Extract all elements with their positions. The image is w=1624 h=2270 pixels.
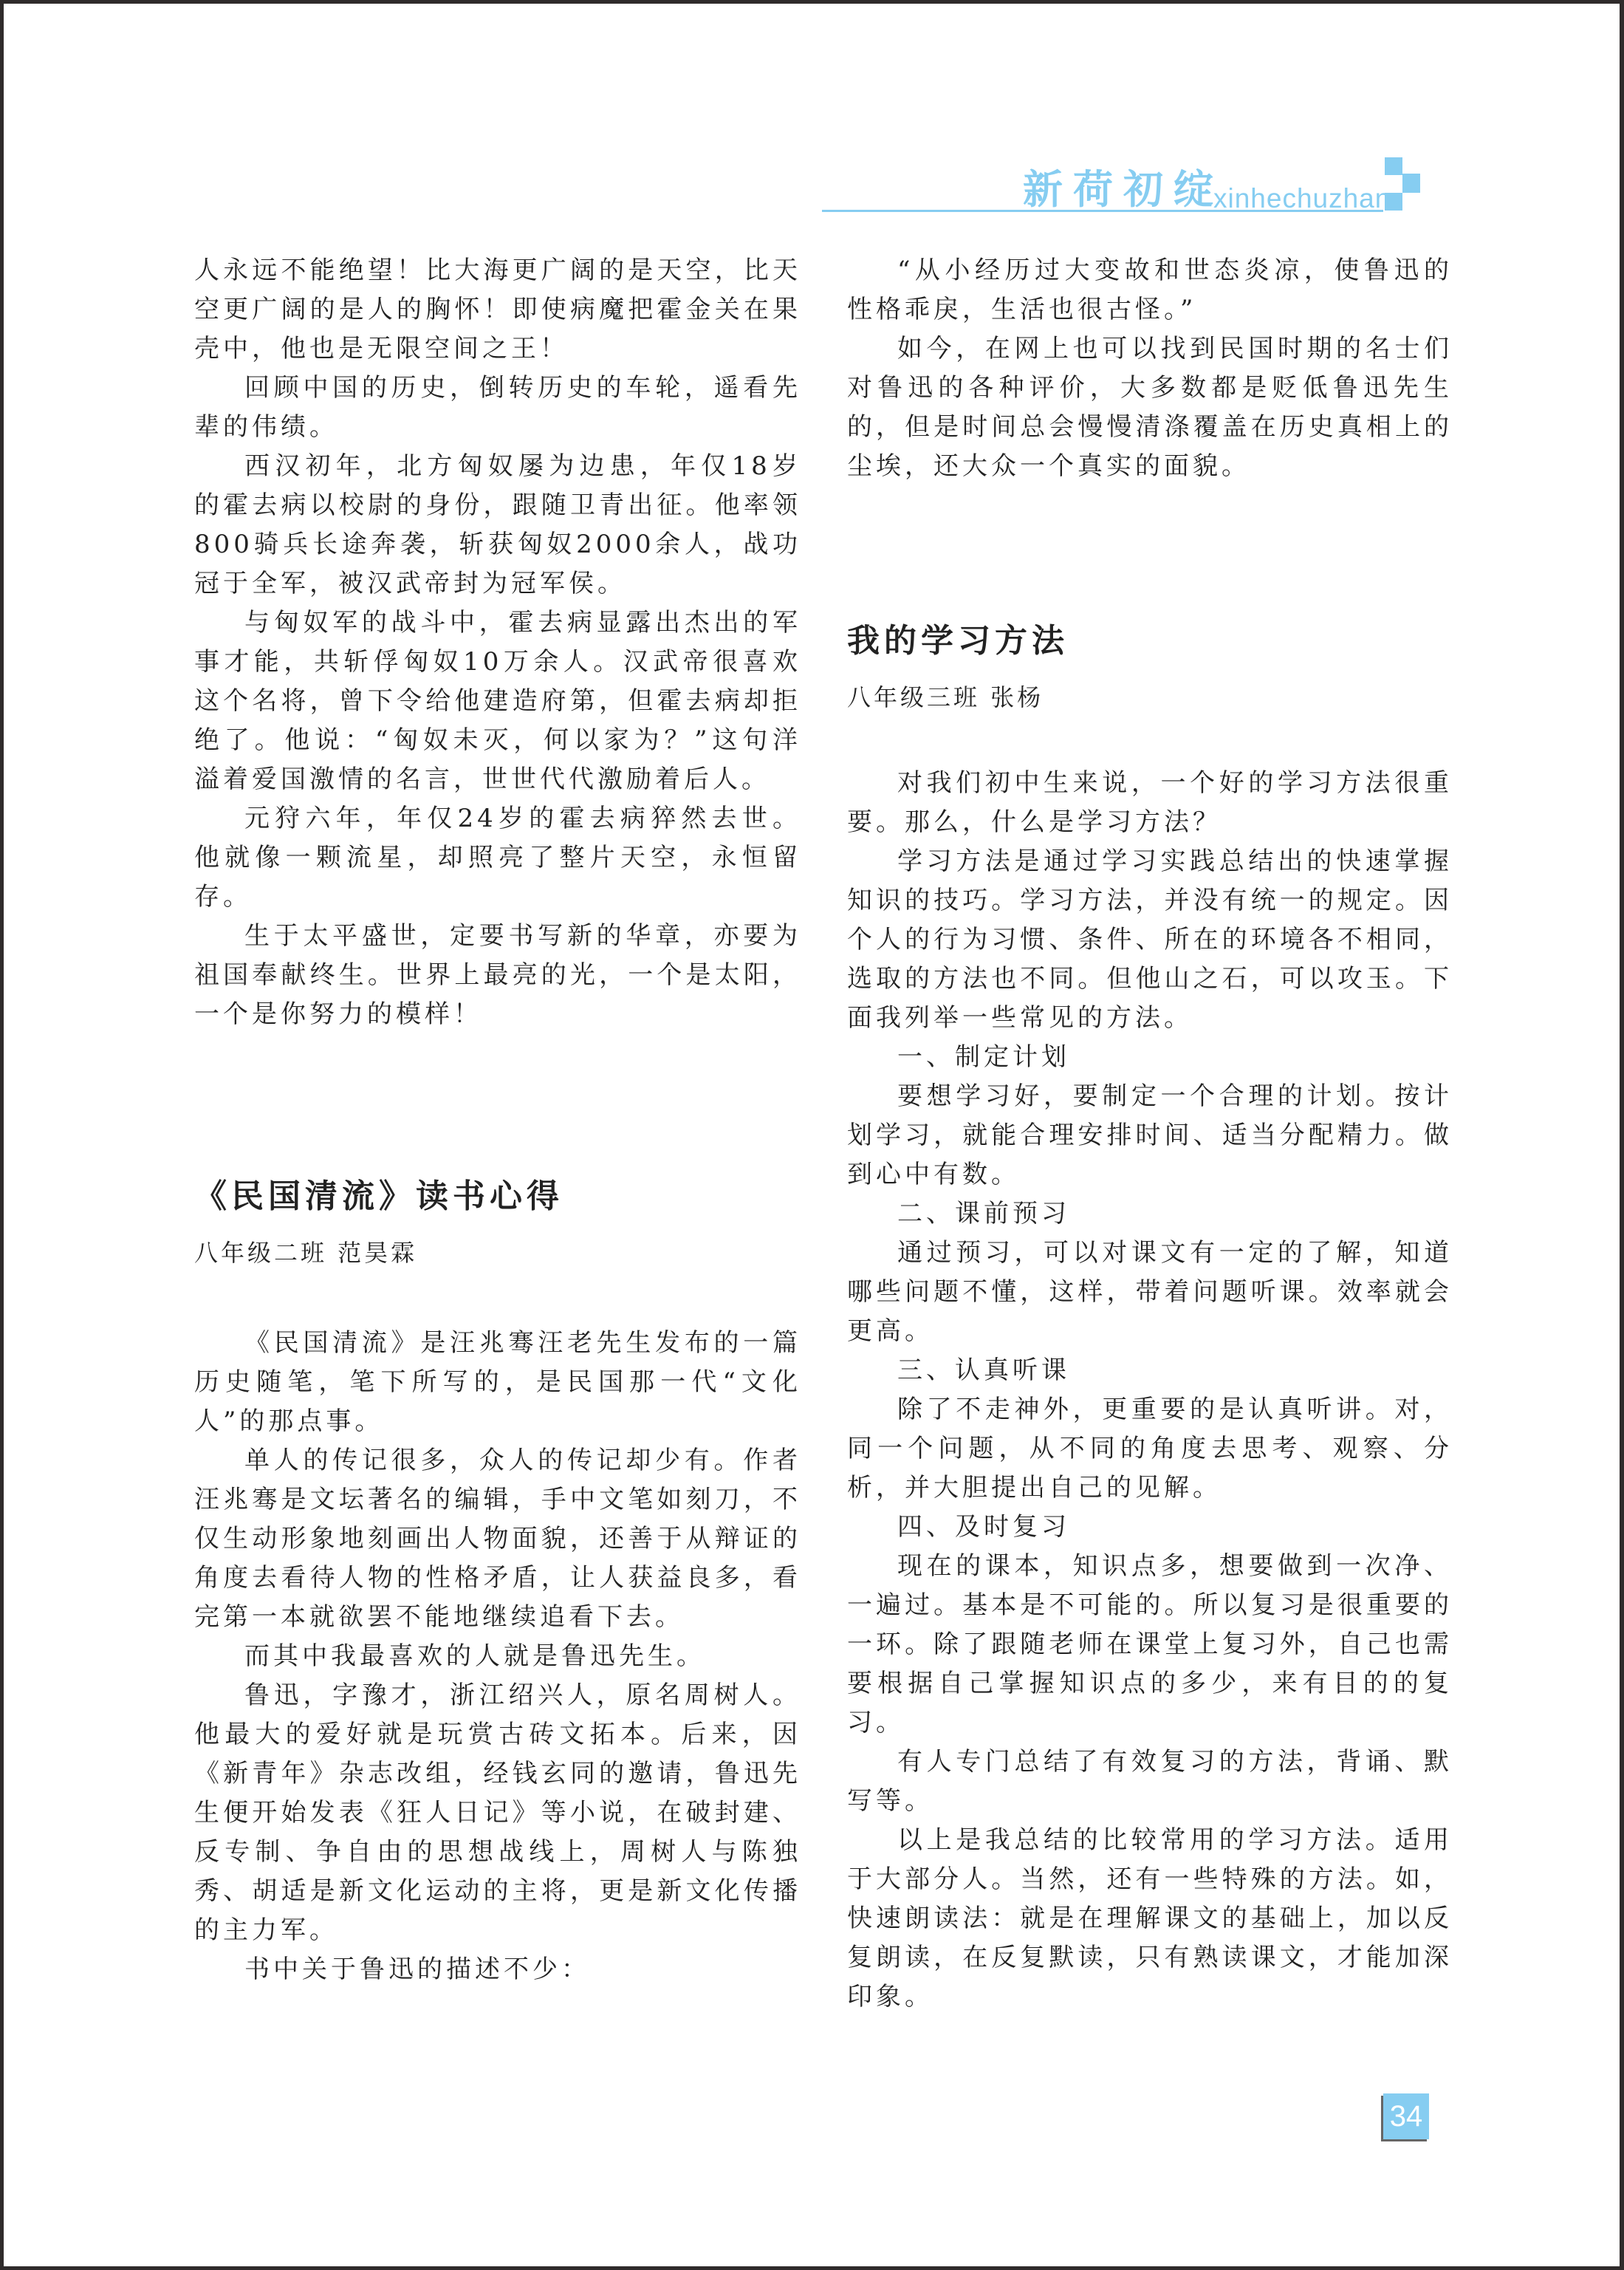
paragraph: 单人的传记很多，众人的传记却少有。作者汪兆骞是文坛著名的编辑，手中文笔如刻刀，不… xyxy=(194,1441,801,1637)
paragraph: 如今，在网上也可以找到民国时期的名士们对鲁迅的各种评价，大多数都是贬低鲁迅先生的… xyxy=(847,329,1453,486)
section-heading: 一、制定计划 xyxy=(847,1038,1453,1077)
article-author: 八年级三班 张杨 xyxy=(847,683,1453,712)
paragraph: 除了不走神外，更重要的是认真听讲。对，同一个问题，从不同的角度去思考、观察、分析… xyxy=(847,1390,1453,1508)
paragraph: 有人专门总结了有效复习的方法，背诵、默写等。 xyxy=(847,1743,1453,1821)
paragraph: 生于太平盛世，定要书写新的华章，亦要为祖国奉献终生。世界上最亮的光，一个是太阳，… xyxy=(194,917,801,1034)
paragraph: 西汉初年，北方匈奴屡为边患，年仅18岁的霍去病以校尉的身份，跟随卫青出征。他率领… xyxy=(194,447,801,604)
column-header: 新荷初绽 xinhechuzhan xyxy=(822,151,1435,218)
paragraph: “从小经历过大变故和世态炎凉，使鲁迅的性格乖戾，生活也很古怪。” xyxy=(847,251,1453,329)
header-block-ornament-icon xyxy=(1385,157,1422,213)
paragraph: 现在的课本，知识点多，想要做到一次净、一遍过。基本是不可能的。所以复习是很重要的… xyxy=(847,1547,1453,1743)
right-column: “从小经历过大变故和世态炎凉，使鲁迅的性格乖戾，生活也很古怪。” 如今，在网上也… xyxy=(847,251,1453,2017)
paragraph: 鲁迅，字豫才，浙江绍兴人，原名周树人。他最大的爱好就是玩赏古砖文拓本。后来，因《… xyxy=(194,1676,801,1950)
paragraph: 回顾中国的历史，倒转历史的车轮，遥看先辈的伟绩。 xyxy=(194,369,801,447)
paragraph: 通过预习，可以对课文有一定的了解，知道哪些问题不懂，这样，带着问题听课。效率就会… xyxy=(847,1234,1453,1351)
paragraph: 学习方法是通过学习实践总结出的快速掌握知识的技巧。学习方法，并没有统一的规定。因… xyxy=(847,842,1453,1038)
paragraph: 人永远不能绝望！比大海更广阔的是天空，比天空更广阔的是人的胸怀！即使病魔把霍金关… xyxy=(194,251,801,369)
page-number: 34 xyxy=(1383,2093,1429,2139)
section-heading: 二、课前预习 xyxy=(847,1194,1453,1234)
paragraph: 对我们初中生来说，一个好的学习方法很重要。那么，什么是学习方法？ xyxy=(847,764,1453,842)
left-column: 人永远不能绝望！比大海更广阔的是天空，比天空更广阔的是人的胸怀！即使病魔把霍金关… xyxy=(194,251,801,1989)
section-heading: 三、认真听课 xyxy=(847,1351,1453,1390)
paragraph: 而其中我最喜欢的人就是鲁迅先生。 xyxy=(194,1637,801,1676)
paragraph: 与匈奴军的战斗中，霍去病显露出杰出的军事才能，共斩俘匈奴10万余人。汉武帝很喜欢… xyxy=(194,604,801,799)
paragraph: 要想学习好，要制定一个合理的计划。按计划学习，就能合理安排时间、适当分配精力。做… xyxy=(847,1077,1453,1194)
paragraph: 书中关于鲁迅的描述不少： xyxy=(194,1950,801,1989)
paragraph: 《民国清流》是汪兆骞汪老先生发布的一篇历史随笔，笔下所写的，是民国那一代“文化人… xyxy=(194,1324,801,1441)
section-heading: 四、及时复习 xyxy=(847,1508,1453,1547)
article-author: 八年级二班 范昊霖 xyxy=(194,1238,801,1268)
article-title: 《民国清流》读书心得 xyxy=(194,1175,801,1219)
article-title: 我的学习方法 xyxy=(847,619,1453,663)
paragraph: 以上是我总结的比较常用的学习方法。适用于大部分人。当然，还有一些特殊的方法。如，… xyxy=(847,1821,1453,2017)
header-title: 新荷初绽 xyxy=(1023,168,1224,212)
header-pinyin: xinhechuzhan xyxy=(1213,184,1391,213)
paragraph: 元狩六年，年仅24岁的霍去病猝然去世。他就像一颗流星，却照亮了整片天空，永恒留存… xyxy=(194,799,801,917)
